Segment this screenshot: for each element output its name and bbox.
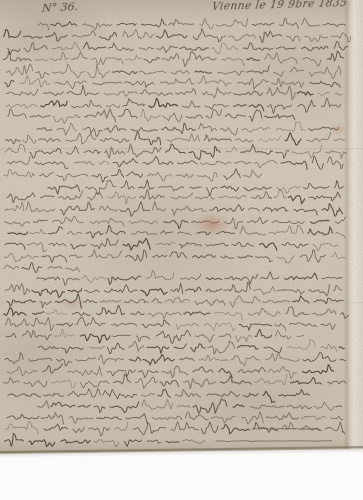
letter-sheet: N° 36. Vienne le 19 9bre 1835 [0,0,363,455]
scan-background: { "document": { "type": "scanned handwri… [0,0,363,500]
handwriting-script [0,0,363,455]
